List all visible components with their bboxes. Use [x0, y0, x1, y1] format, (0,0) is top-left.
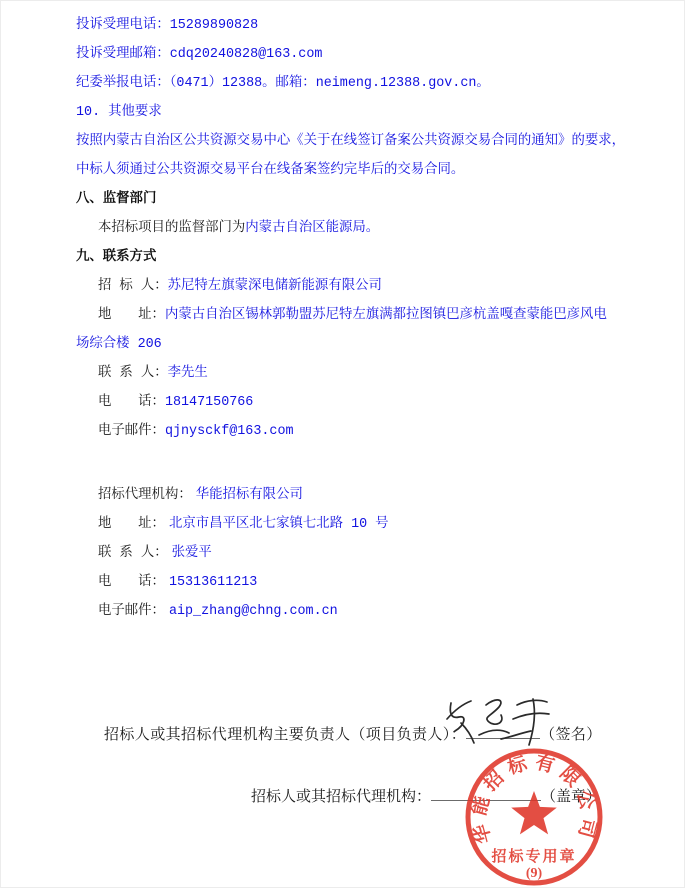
row-label: 联 系 人： — [98, 366, 168, 381]
row-value: 张爱平 — [168, 546, 212, 561]
signature-stroke — [461, 723, 474, 743]
company-seal-stamp: 华能招标有限公司 招标专用章 (9) — [462, 745, 606, 888]
row-label: 联 系 人： — [98, 546, 168, 561]
tenderer-phone-row: 电 话：18147150766 — [76, 388, 616, 417]
policy-paragraph-line2: 中标人须通过公共资源交易平台在线备案签约完毕后的交易合同。 — [76, 156, 616, 185]
complaint-email-line: 投诉受理邮箱：cdq20240828@163.com — [76, 40, 616, 69]
agency-contact-block: 招标代理机构：华能招标有限公司 地 址：北京市昌平区北七家镇七北路 10 号 联… — [76, 481, 616, 626]
row-value: 15313611213 — [165, 575, 257, 590]
tenderer-contactperson-row: 联 系 人：李先生 — [76, 359, 616, 388]
agency-email-row: 电子邮件：aip_zhang@chng.com.cn — [76, 597, 616, 626]
principal-signoff-label: 招标人或其招标代理机构主要负责人（项目负责人）： — [104, 727, 466, 744]
row-label: 电子邮件： — [98, 604, 165, 619]
agency-phone-row: 电 话：15313611213 — [76, 568, 616, 597]
tenderer-contact-block: 招 标 人：苏尼特左旗蒙深电储新能源有限公司 地 址：内蒙古自治区锡林郭勒盟苏尼… — [76, 272, 616, 446]
supervision-body: 本招标项目的监督部门为内蒙古自治区能源局。 — [76, 214, 616, 243]
row-value: 华能招标有限公司 — [192, 488, 303, 503]
seal-center-text: 招标专用章 — [490, 847, 576, 865]
row-label: 招 标 人： — [98, 279, 168, 294]
policy-paragraph-line1: 按照内蒙古自治区公共资源交易中心《关于在线签订备案公共资源交易合同的通知》的要求… — [76, 127, 616, 156]
star-icon — [511, 791, 557, 834]
agency-contactperson-row: 联 系 人：张爱平 — [76, 539, 616, 568]
agency-address-row: 地 址：北京市昌平区北七家镇七北路 10 号 — [76, 510, 616, 539]
signature-stroke — [479, 730, 509, 735]
contact-heading: 九、联系方式 — [76, 243, 616, 272]
row-label: 电子邮件： — [98, 424, 165, 439]
tenderer-email-row: 电子邮件：qjnysckf@163.com — [76, 417, 616, 446]
seal-number: (9) — [526, 866, 543, 881]
signature-handwriting — [441, 689, 556, 751]
row-label: 招标代理机构： — [98, 488, 192, 503]
row-value: 北京市昌平区北七家镇七北路 10 号 — [165, 517, 389, 532]
row-label: 地 址： — [98, 517, 165, 532]
signature-stroke — [517, 700, 547, 705]
row-label: 电 话： — [98, 575, 165, 590]
signature-stroke — [450, 703, 464, 731]
signature-stroke — [486, 700, 502, 724]
supervision-authority: 内蒙古自治区能源局。 — [245, 221, 379, 236]
row-value: qjnysckf@163.com — [165, 424, 294, 439]
agency-name-row: 招标代理机构：华能招标有限公司 — [76, 481, 616, 510]
tenderer-address-row: 地 址：内蒙古自治区锡林郭勒盟苏尼特左旗满都拉图镇巴彦杭盖嘎查蒙能巴彦风电场综合… — [76, 301, 616, 359]
signature-stroke — [529, 699, 534, 745]
discipline-report-line: 纪委举报电话：（0471）12388。邮箱：neimeng.12388.gov.… — [76, 69, 616, 98]
document-page: 投诉受理电话：15289890828 投诉受理邮箱：cdq20240828@16… — [0, 0, 685, 888]
complaint-phone-line: 投诉受理电话：15289890828 — [76, 11, 616, 40]
other-requirements-heading: 10. 其他要求 — [76, 98, 616, 127]
supervision-heading: 八、监督部门 — [76, 185, 616, 214]
supervision-body-prefix: 本招标项目的监督部门为 — [98, 221, 245, 236]
row-value: aip_zhang@chng.com.cn — [165, 604, 338, 619]
row-label: 地 址： — [98, 308, 165, 323]
row-label: 电 话： — [98, 395, 165, 410]
row-value: 18147150766 — [165, 395, 253, 410]
seal-signoff-label: 招标人或其招标代理机构： — [251, 789, 431, 806]
row-value: 苏尼特左旗蒙深电储新能源有限公司 — [168, 279, 382, 294]
signature-stroke — [513, 713, 549, 719]
row-value: 李先生 — [168, 366, 208, 381]
tenderer-name-row: 招 标 人：苏尼特左旗蒙深电储新能源有限公司 — [76, 272, 616, 301]
